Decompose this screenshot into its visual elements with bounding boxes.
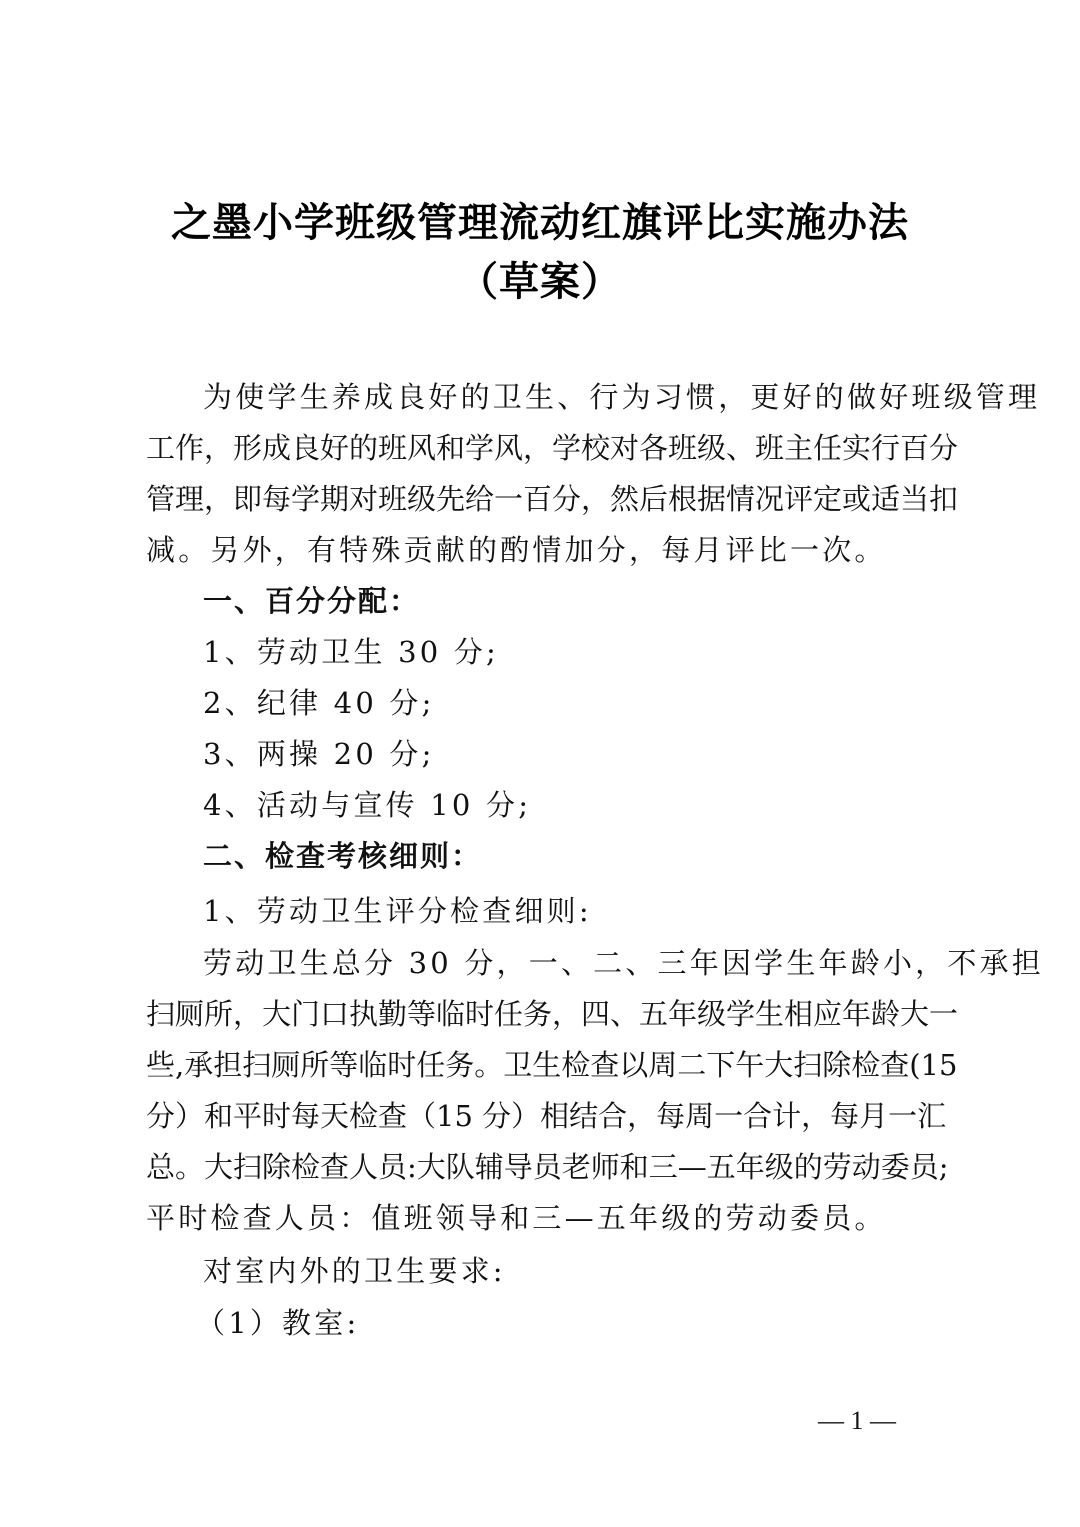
intro-line: 工作，形成良好的班风和学风，学校对各班级、班主任实行百分 — [146, 434, 946, 463]
document-title: 之墨小学班级管理流动红旗评比实施办法 — [0, 203, 1080, 243]
list-item: 2、纪律 40 分; — [203, 689, 1003, 718]
intro-line: 减。另外，有特殊贡献的酌情加分，每月评比一次。 — [146, 536, 946, 565]
list-item: 4、活动与宣传 10 分; — [203, 791, 1003, 820]
body-line: 平时检查人员：值班领导和三—五年级的劳动委员。 — [146, 1204, 946, 1233]
subsection-heading: 1、劳动卫生评分检查细则: — [203, 897, 1003, 926]
body-line: 扫厕所，大门口执勤等临时任务，四、五年级学生相应年龄大一 — [146, 1000, 946, 1029]
list-item: 3、两操 20 分; — [203, 740, 1003, 769]
intro-line: 管理，即每学期对班级先给一百分，然后根据情况评定或适当扣 — [146, 485, 946, 514]
body-line: 劳动卫生总分 30 分，一、二、三年因学生年龄小，不承担 — [203, 949, 946, 978]
document-subtitle: （草案） — [0, 262, 1080, 302]
body-line: 些,承担扫厕所等临时任务。卫生检查以周二下午大扫除检查(15 — [146, 1051, 946, 1080]
classroom-label: （1）教室: — [196, 1309, 996, 1338]
section-heading: 一、百分分配： — [203, 587, 1003, 616]
list-item: 1、劳动卫生 30 分; — [203, 638, 1003, 667]
section-heading: 二、检查考核细则： — [203, 842, 1003, 871]
page-number: — 1 — — [818, 1408, 896, 1434]
requirements-label: 对室内外的卫生要求: — [203, 1257, 1003, 1286]
intro-line: 为使学生养成良好的卫生、行为习惯，更好的做好班级管理 — [203, 383, 1003, 412]
document-page: 之墨小学班级管理流动红旗评比实施办法 （草案） 为使学生养成良好的卫生、行为习惯… — [0, 0, 1080, 1527]
body-line: 总。大扫除检查人员:大队辅导员老师和三—五年级的劳动委员; — [146, 1153, 946, 1182]
body-line: 分）和平时每天检查（15 分）相结合，每周一合计，每月一汇 — [146, 1102, 946, 1131]
